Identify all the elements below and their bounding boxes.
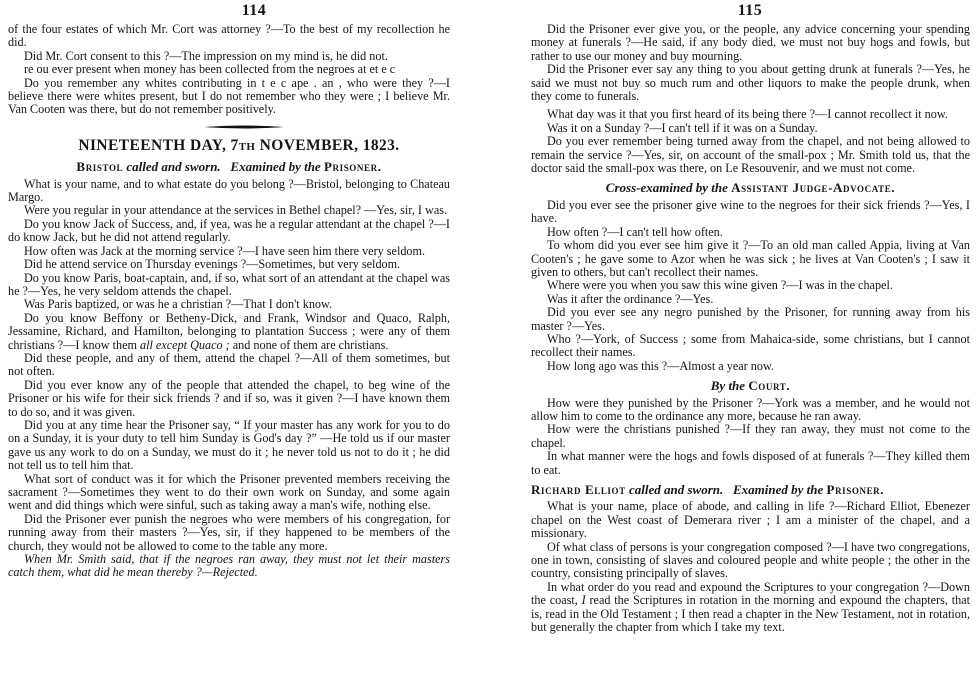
- testimony-paragraph: Did you ever see the prisoner give wine …: [531, 199, 970, 226]
- page-number: 114: [0, 3, 478, 19]
- testimony-paragraph: Where were you when you saw this wine gi…: [531, 279, 970, 292]
- testimony-paragraph: How often ?—I can't tell how often.: [531, 226, 970, 239]
- testimony-paragraph: Did he attend service on Thursday evenin…: [8, 258, 450, 271]
- section-heading-italic: Cross-examined by the: [606, 180, 728, 195]
- paragraph: Do you remember any whites contributing …: [8, 77, 450, 117]
- testimony-paragraph: To whom did you ever see him give it ?—T…: [531, 239, 970, 279]
- paragraph: Did Mr. Cort consent to this ?—The impre…: [8, 50, 450, 63]
- witness-heading: Bristol called and sworn. Examined by th…: [8, 160, 450, 173]
- testimony-paragraph: Were you regular in your attendance at t…: [8, 204, 450, 217]
- day-heading-date: NOVEMBER, 1823.: [255, 137, 399, 154]
- section-heading-smallcaps: Court.: [748, 378, 790, 393]
- testimony-paragraph: Did you at any time hear the Prisoner sa…: [8, 419, 450, 473]
- witness-examined: Examined by the: [230, 159, 320, 174]
- witness-examiner: Prisoner.: [827, 482, 885, 497]
- testimony-paragraph: Do you know Paris, boat-captain, and, if…: [8, 272, 450, 299]
- left-page-body: of the four estates of which Mr. Cort wa…: [0, 23, 478, 580]
- testimony-paragraph: Did you ever see any negro punished by t…: [531, 306, 970, 333]
- testimony-paragraph: Who ?—York, of Success ; some from Mahai…: [531, 333, 970, 360]
- witness-examined: Examined by the: [733, 482, 823, 497]
- text-run: read the Scriptures in rotation in the m…: [531, 593, 970, 634]
- testimony-paragraph: What sort of conduct was it for which th…: [8, 473, 450, 513]
- court-heading: By the Court.: [531, 379, 970, 392]
- text-run: and none of them are christians.: [230, 338, 389, 352]
- testimony-paragraph: Of what class of persons is your congreg…: [531, 541, 970, 581]
- witness-name: Richard Elliot: [531, 482, 626, 497]
- testimony-paragraph: In what order do you read and expound th…: [531, 581, 970, 635]
- testimony-paragraph: How were the christians punished ?—If th…: [531, 423, 970, 450]
- left-page: 114 of the four estates of which Mr. Cor…: [0, 0, 478, 682]
- ornamental-divider: [204, 125, 284, 129]
- paragraph: Did the Prisoner ever give you, or the p…: [531, 23, 970, 63]
- cross-examination-heading: Cross-examined by the Assistant Judge-Ad…: [531, 181, 970, 194]
- rejected-question: When Mr. Smith said, that if the negroes…: [8, 553, 450, 580]
- day-heading: NINETEENTH DAY, 7TH NOVEMBER, 1823.: [8, 139, 450, 154]
- witness-name: Bristol: [76, 159, 123, 174]
- paragraph: What day was it that you first heard of …: [531, 108, 970, 121]
- right-page-body: Did the Prisoner ever give you, or the p…: [496, 23, 974, 634]
- paragraph: Do you ever remember being turned away f…: [531, 135, 970, 175]
- right-page: 115 Did the Prisoner ever give you, or t…: [496, 0, 974, 682]
- testimony-paragraph: How often was Jack at the morning servic…: [8, 245, 450, 258]
- testimony-paragraph: Was it after the ordinance ?—Yes.: [531, 293, 970, 306]
- day-heading-text: NINETEENTH DAY, 7: [78, 137, 238, 154]
- testimony-paragraph: Do you know Jack of Success, and, if yea…: [8, 218, 450, 245]
- day-heading-ordinal: TH: [239, 141, 256, 153]
- testimony-paragraph: Was Paris baptized, or was he a christia…: [8, 298, 450, 311]
- testimony-paragraph: In what manner were the hogs and fowls d…: [531, 450, 970, 477]
- testimony-paragraph: Did these people, and any of them, atten…: [8, 352, 450, 379]
- witness-called: called and sworn.: [629, 482, 723, 497]
- paragraph: Did the Prisoner ever say any thing to y…: [531, 63, 970, 103]
- testimony-paragraph: Did the Prisoner ever punish the negroes…: [8, 513, 450, 553]
- paragraph: re ou ever present when money has been c…: [8, 63, 450, 76]
- testimony-paragraph: What is your name, and to what estate do…: [8, 178, 450, 205]
- paragraph: of the four estates of which Mr. Cort wa…: [8, 23, 450, 50]
- testimony-paragraph: How were they punished by the Prisoner ?…: [531, 397, 970, 424]
- section-heading-italic: By the: [711, 378, 745, 393]
- witness-called: called and sworn.: [126, 159, 220, 174]
- testimony-paragraph: Do you know Beffony or Betheny-Dick, and…: [8, 312, 450, 352]
- testimony-paragraph: Did you ever know any of the people that…: [8, 379, 450, 419]
- italic-run: all except Quaco ;: [140, 338, 230, 352]
- witness-examiner: Prisoner.: [324, 159, 382, 174]
- testimony-paragraph: How long ago was this ?—Almost a year no…: [531, 360, 970, 373]
- paragraph: Was it on a Sunday ?—I can't tell if it …: [531, 122, 970, 135]
- section-heading-smallcaps: Assistant Judge-Advocate.: [731, 180, 895, 195]
- witness-heading: Richard Elliot called and sworn. Examine…: [531, 483, 970, 496]
- testimony-paragraph: What is your name, place of abode, and c…: [531, 500, 970, 540]
- page-number: 115: [496, 3, 974, 19]
